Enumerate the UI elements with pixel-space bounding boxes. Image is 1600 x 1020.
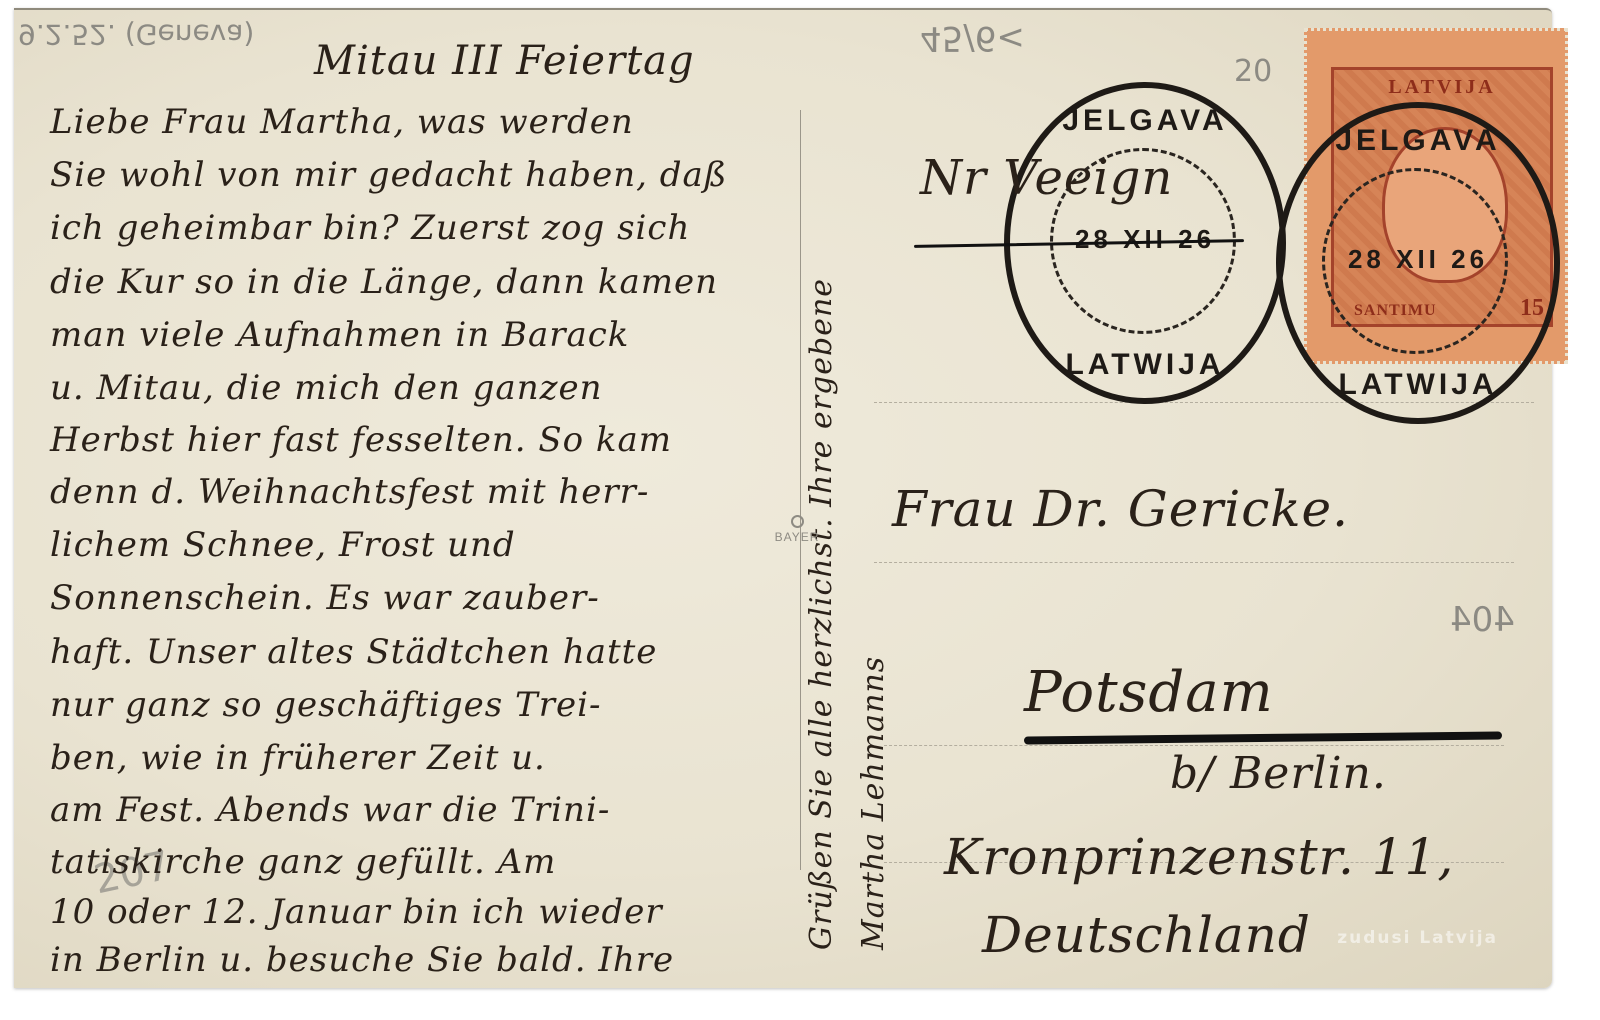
printer-mark: BAYER	[762, 515, 832, 544]
recipient-country: Deutschland	[982, 906, 1311, 964]
message-line: nur ganz so geschäftiges Trei-	[50, 685, 601, 725]
margin-note-vertical: Grüßen Sie alle herzlichst. Ihre ergeben…	[804, 278, 839, 950]
archive-number: 45/6<	[920, 18, 1025, 58]
postmark-date: 28 XII 26	[1282, 244, 1554, 275]
message-line: Sonnenschein. Es war zauber-	[50, 578, 600, 618]
message-line: Sie wohl von mir gedacht haben, daß	[50, 155, 727, 195]
circle-logo-icon	[791, 515, 804, 528]
watermark: zudusi Latvija	[1337, 928, 1498, 948]
message-line: 10 oder 12. Januar bin ich wieder	[50, 892, 663, 932]
message-line: u. Mitau, die mich den ganzen	[50, 368, 603, 408]
message-line: denn d. Weihnachtsfest mit herr-	[50, 472, 649, 512]
recipient-street: Kronprinzenstr. 11,	[944, 828, 1454, 886]
message-line: haft. Unser altes Städtchen hatte	[50, 632, 657, 672]
postcard-back: 9.2.52. (Geneva) 45/6< 20 404 207 Mitau …	[14, 8, 1552, 988]
postmark-town: JELGAVA	[1282, 124, 1554, 158]
message-line: am Fest. Abends war die Trini-	[50, 790, 610, 830]
message-line: Liebe Frau Martha, was werden	[50, 102, 634, 142]
margin-note-vertical: Martha Lehmanns	[856, 656, 891, 950]
printer-name: BAYER	[775, 530, 820, 544]
catalog-number: 404	[1450, 600, 1515, 640]
archive-note: 9.2.52. (Geneva)	[18, 18, 254, 51]
message-line: tatiskirche ganz gefüllt. Am	[50, 842, 556, 882]
center-divider	[800, 110, 801, 870]
message-line: Herbst hier fast fesselten. So kam	[50, 420, 672, 460]
stamp-country: LATVIJA	[1334, 76, 1550, 99]
address-rule	[884, 745, 1504, 746]
message-line: ich geheimbar bin? Zuerst zog sich	[50, 208, 690, 248]
sender-note: Nr Veeign	[920, 150, 1173, 206]
recipient-city: Potsdam	[1024, 660, 1274, 725]
archive-number-2: 20	[1234, 54, 1272, 89]
address-rule	[874, 562, 1514, 563]
city-underline	[1024, 731, 1502, 744]
message-heading: Mitau III Feiertag	[314, 38, 695, 84]
message-line: man viele Aufnahmen in Barack	[50, 315, 629, 355]
postmark: JELGAVA 28 XII 26 LATWIJA	[1276, 102, 1560, 424]
recipient-via: b/ Berlin.	[1170, 748, 1387, 799]
message-line: ben, wie in früherer Zeit u.	[50, 738, 546, 778]
message-line: die Kur so in die Länge, dann kamen	[50, 262, 718, 302]
postmark-town: JELGAVA	[1010, 104, 1280, 138]
recipient-name: Frau Dr. Gericke.	[892, 480, 1349, 538]
message-line: in Berlin u. besuche Sie bald. Ihre	[50, 940, 674, 980]
message-line: lichem Schnee, Frost und	[50, 525, 516, 565]
postmark-country: LATWIJA	[1010, 348, 1280, 382]
postmark-country: LATWIJA	[1282, 368, 1554, 402]
